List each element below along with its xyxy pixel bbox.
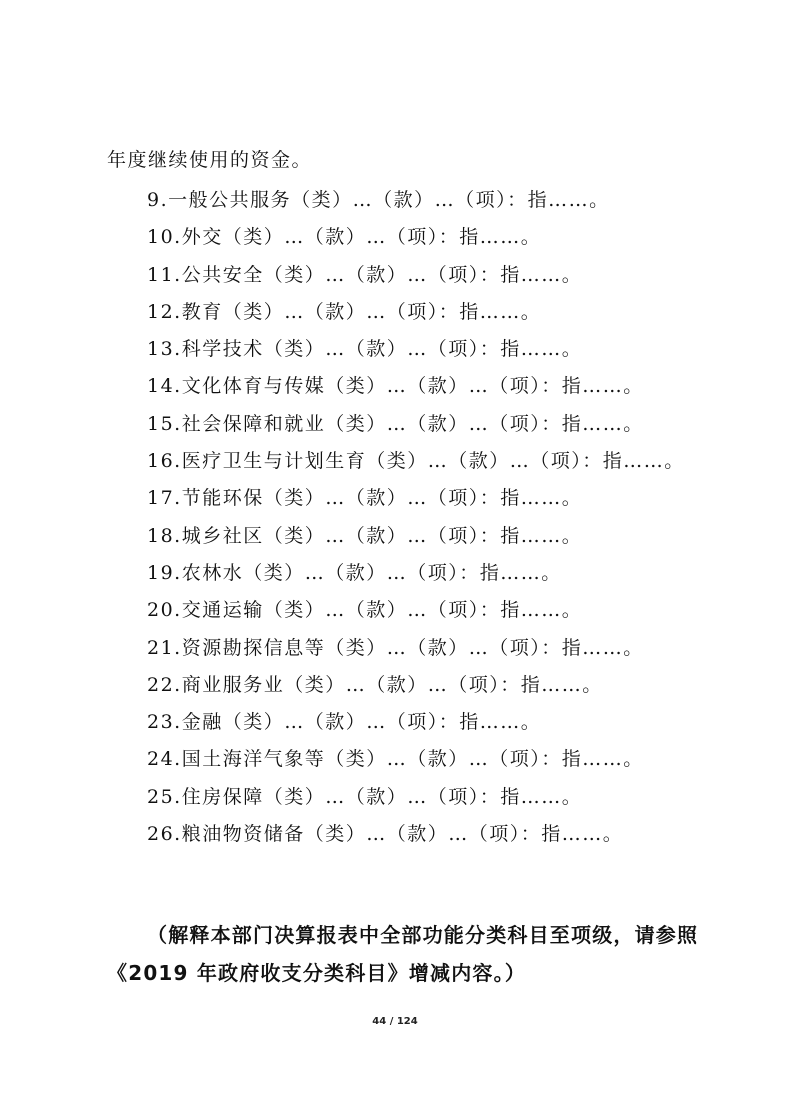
list-item: 24.国土海洋气象等（类）…（款）…（项）：指……。: [147, 747, 685, 784]
list-item: 13.科学技术（类）…（款）…（项）：指……。: [147, 337, 685, 374]
list-item: 17.节能环保（类）…（款）…（项）：指……。: [147, 486, 685, 523]
list-item: 10.外交（类）…（款）…（项）：指……。: [147, 225, 685, 262]
list-item: 11.公共安全（类）…（款）…（项）：指……。: [147, 263, 685, 300]
list-item: 19.农林水（类）…（款）…（项）：指……。: [147, 561, 685, 598]
list-item: 9.一般公共服务（类）…（款）…（项）：指……。: [147, 188, 685, 225]
continuation-line: 年度继续使用的资金。: [107, 148, 312, 172]
explanatory-note: （解释本部门决算报表中全部功能分类科目至项级，请参照《2019 年政府收支分类科…: [107, 916, 707, 992]
list-item: 14.文化体育与传媒（类）…（款）…（项）：指……。: [147, 374, 685, 411]
list-item: 20.交通运输（类）…（款）…（项）：指……。: [147, 598, 685, 635]
list-item: 18.城乡社区（类）…（款）…（项）：指……。: [147, 524, 685, 561]
function-category-list: 9.一般公共服务（类）…（款）…（项）：指……。 10.外交（类）…（款）…（项…: [147, 188, 685, 859]
list-item: 12.教育（类）…（款）…（项）：指……。: [147, 300, 685, 337]
page-number: 44 / 124: [0, 1016, 790, 1027]
list-item: 25.住房保障（类）…（款）…（项）：指……。: [147, 785, 685, 822]
list-item: 23.金融（类）…（款）…（项）：指……。: [147, 710, 685, 747]
list-item: 16.医疗卫生与计划生育（类）…（款）…（项）：指……。: [147, 449, 685, 486]
list-item: 22.商业服务业（类）…（款）…（项）：指……。: [147, 673, 685, 710]
list-item: 15.社会保障和就业（类）…（款）…（项）：指……。: [147, 412, 685, 449]
document-page: 年度继续使用的资金。 9.一般公共服务（类）…（款）…（项）：指……。 10.外…: [0, 0, 790, 1118]
list-item: 21.资源勘探信息等（类）…（款）…（项）：指……。: [147, 636, 685, 673]
list-item: 26.粮油物资储备（类）…（款）…（项）：指……。: [147, 822, 685, 859]
